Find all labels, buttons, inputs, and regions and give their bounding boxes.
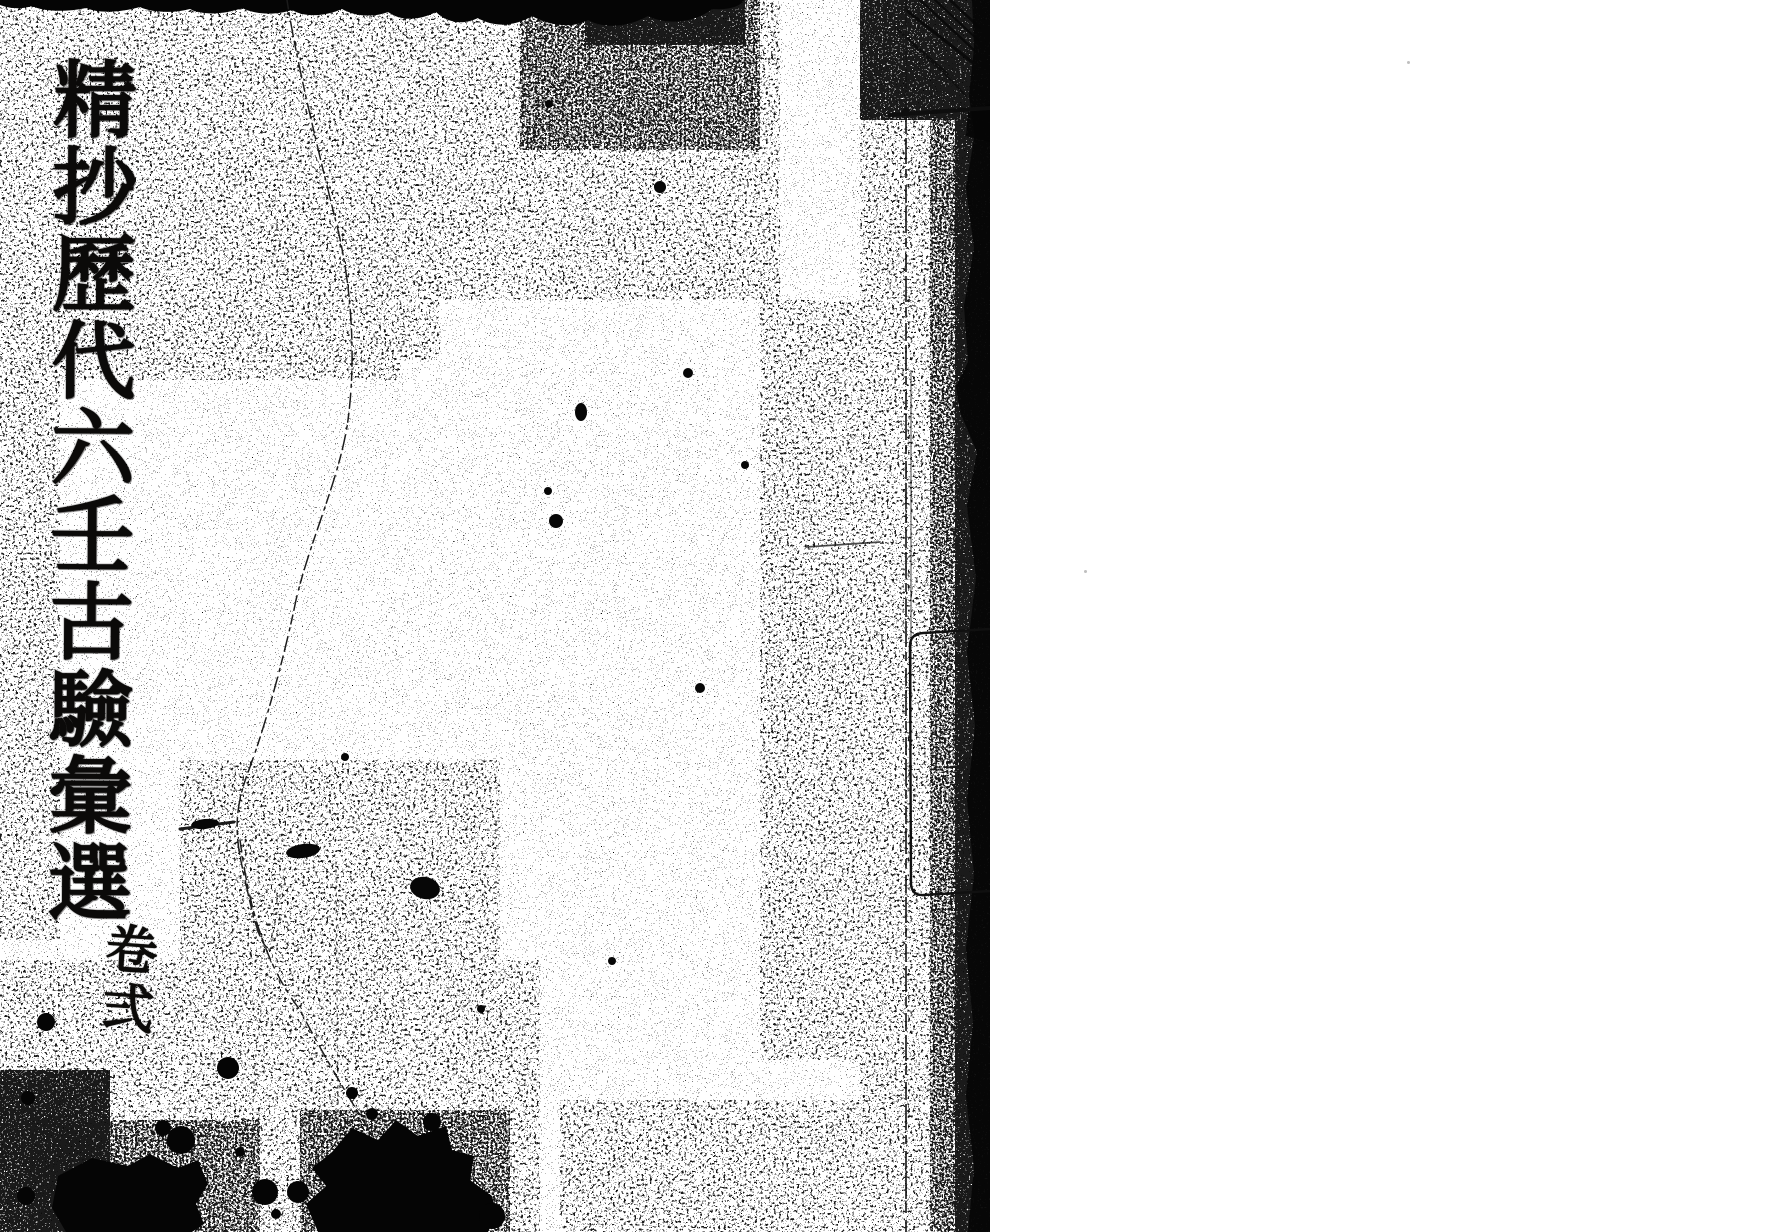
scanned-book-image: 精抄歷代六壬古驗彙選 卷弍 [0, 0, 1772, 1232]
paper-texture-layer [0, 0, 990, 1232]
dust-speck [1407, 61, 1410, 64]
volume-label: 卷弍 [94, 920, 154, 1041]
book-cover-page: 精抄歷代六壬古驗彙選 卷弍 [0, 0, 990, 1232]
dust-speck [1084, 570, 1087, 573]
book-title-vertical: 精抄歷代六壬古驗彙選 [41, 56, 131, 927]
